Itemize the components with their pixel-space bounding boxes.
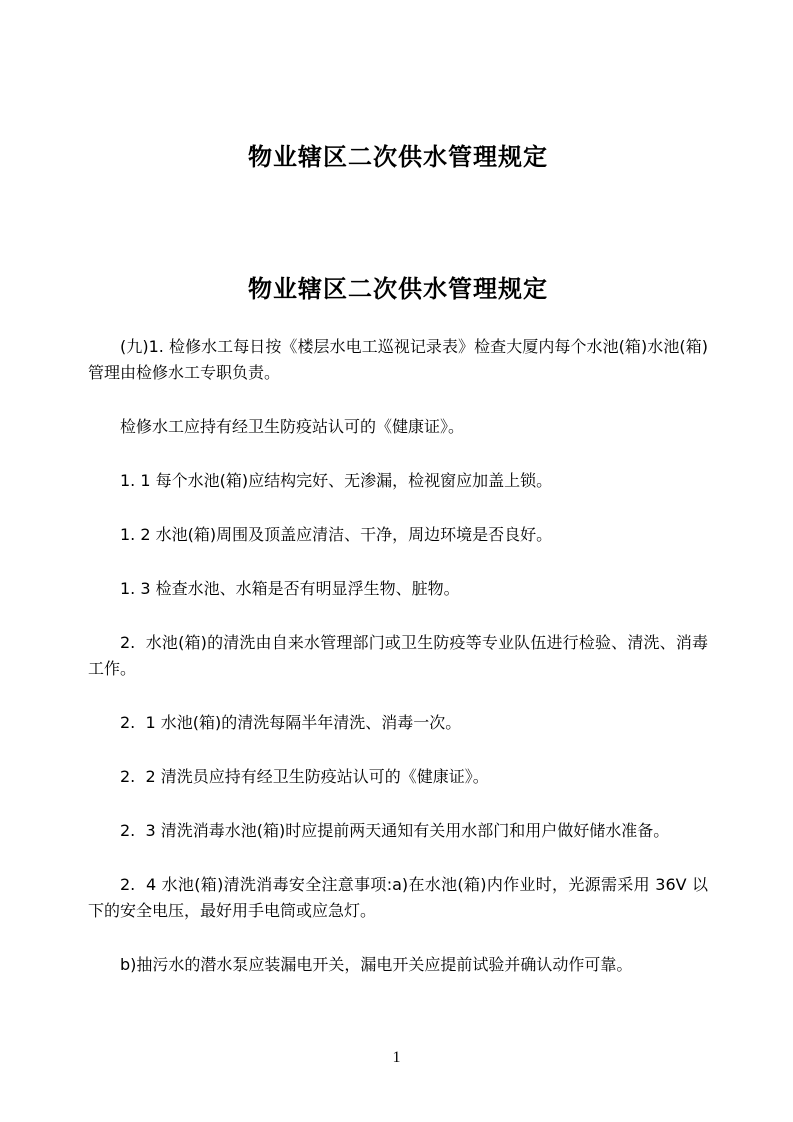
document-content: 物业辖区二次供水管理规定 物业辖区二次供水管理规定 (九)1. 检修水工每日按《… [0,0,793,978]
page-number: 1 [0,1049,793,1067]
paragraph: 1. 1 每个水池(箱)应结构完好、无渗漏，检视窗应加盖上锁。 [88,468,708,494]
paragraph: 2. 4 水池(箱)清洗消毒安全注意事项:a)在水池(箱)内作业时，光源需采用 … [88,872,708,924]
paragraph: 2. 水池(箱)的清洗由自来水管理部门或卫生防疫等专业队伍进行检验、清洗、消毒工… [88,630,708,682]
paragraph: 2. 1 水池(箱)的清洗每隔半年清洗、消毒一次。 [88,710,708,736]
document-header-title: 物业辖区二次供水管理规定 [88,140,708,174]
paragraph: (九)1. 检修水工每日按《楼层水电工巡视记录表》检查大厦内每个水池(箱)水池(… [88,334,708,386]
paragraph: 2. 2 清洗员应持有经卫生防疫站认可的《健康证》。 [88,764,708,790]
paragraph: 1. 3 检查水池、水箱是否有明显浮生物、脏物。 [88,576,708,602]
paragraph: 检修水工应持有经卫生防疫站认可的《健康证》。 [88,414,708,440]
paragraph: 1. 2 水池(箱)周围及顶盖应清洁、干净，周边环境是否良好。 [88,522,708,548]
paragraph: 2. 3 清洗消毒水池(箱)时应提前两天通知有关用水部门和用户做好储水准备。 [88,818,708,844]
document-title: 物业辖区二次供水管理规定 [88,272,708,306]
paragraph: b)抽污水的潜水泵应装漏电开关，漏电开关应提前试验并确认动作可靠。 [88,952,708,978]
document-page: 物业辖区二次供水管理规定 物业辖区二次供水管理规定 (九)1. 检修水工每日按《… [0,0,793,1122]
